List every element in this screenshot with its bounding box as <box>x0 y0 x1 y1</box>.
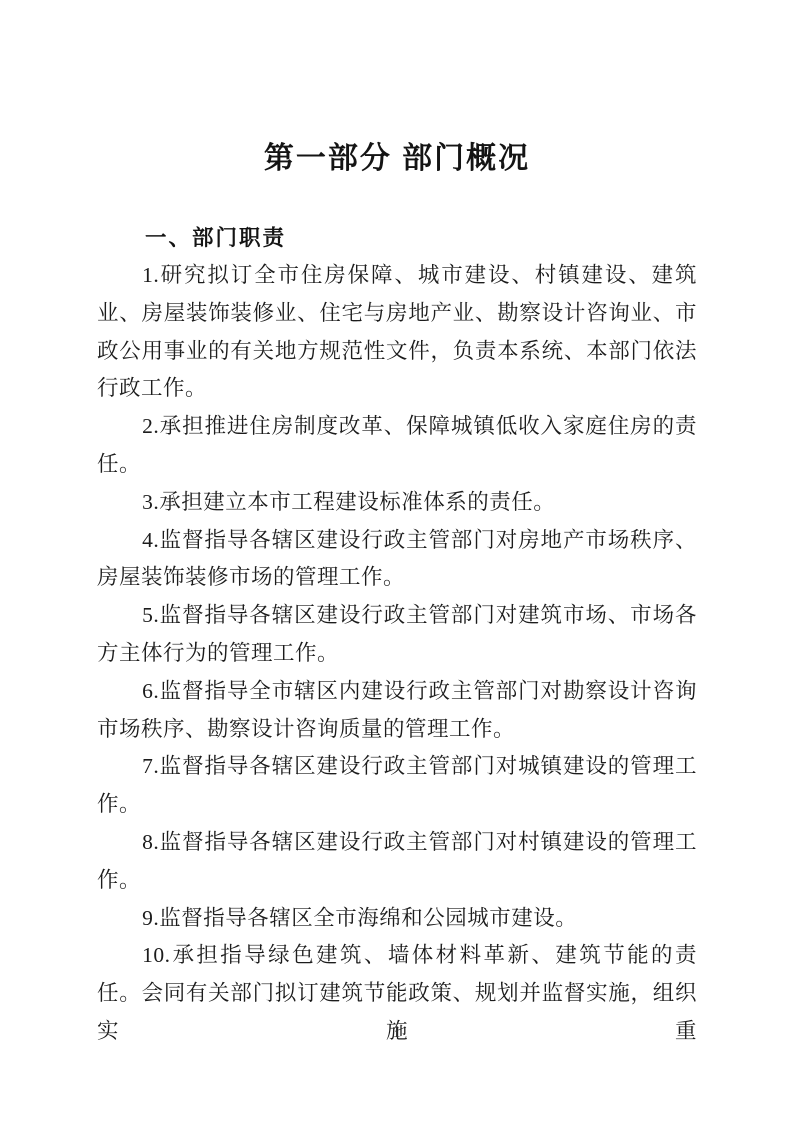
paragraph-2: 2.承担推进住房制度改革、保障城镇低收入家庭住房的责任。 <box>97 408 697 484</box>
page-title: 第一部分 部门概况 <box>97 0 697 177</box>
document-page: 第一部分 部门概况 一、部门职责 1.研究拟订全市住房保障、城市建设、村镇建设、… <box>0 0 793 1122</box>
section-heading: 一、部门职责 <box>97 225 697 251</box>
page-number: 1 <box>0 1022 793 1042</box>
paragraph-8: 8.监督指导各辖区建设行政主管部门对村镇建设的管理工作。 <box>97 824 697 900</box>
paragraph-6: 6.监督指导全市辖区内建设行政主管部门对勘察设计咨询市场秩序、勘察设计咨询质量的… <box>97 673 697 749</box>
paragraph-5: 5.监督指导各辖区建设行政主管部门对建筑市场、市场各方主体行为的管理工作。 <box>97 597 697 673</box>
paragraph-4: 4.监督指导各辖区建设行政主管部门对房地产市场秩序、房屋装饰装修市场的管理工作。 <box>97 522 697 598</box>
paragraph-1: 1.研究拟订全市住房保障、城市建设、村镇建设、建筑业、房屋装饰装修业、住宅与房地… <box>97 257 697 408</box>
paragraph-3: 3.承担建立本市工程建设标准体系的责任。 <box>97 484 697 522</box>
document-content: 第一部分 部门概况 一、部门职责 1.研究拟订全市住房保障、城市建设、村镇建设、… <box>97 0 697 1051</box>
paragraph-9: 9.监督指导各辖区全市海绵和公园城市建设。 <box>97 900 697 938</box>
body-text: 1.研究拟订全市住房保障、城市建设、村镇建设、建筑业、房屋装饰装修业、住宅与房地… <box>97 257 697 1051</box>
paragraph-7: 7.监督指导各辖区建设行政主管部门对城镇建设的管理工作。 <box>97 748 697 824</box>
